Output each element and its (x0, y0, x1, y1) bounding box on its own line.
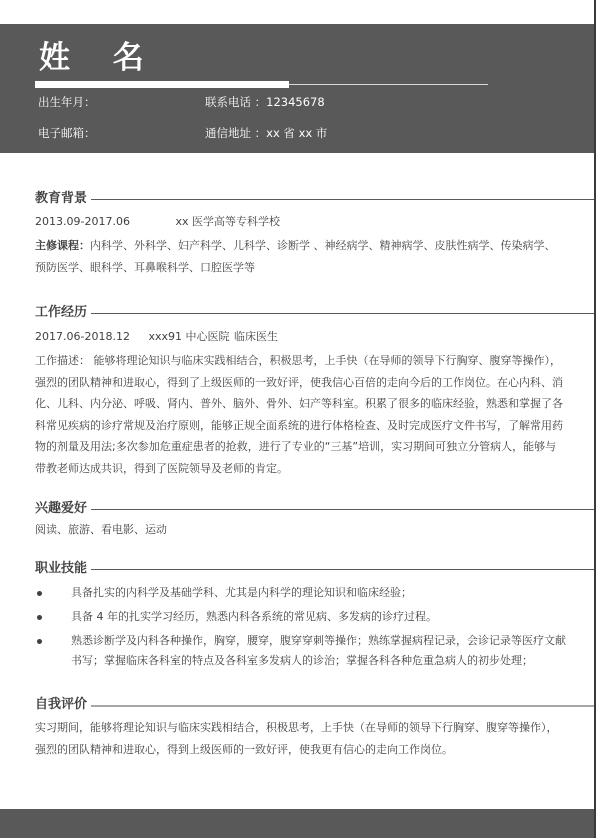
work-period: 2017.06-2018.12 (35, 328, 145, 346)
bullet-icon (37, 639, 42, 644)
address-label: 通信地址 (205, 125, 251, 141)
footer-band (0, 809, 594, 838)
section-title: 自我评价 (35, 696, 91, 713)
skills-list: 具备扎实的内科学及基础学科、尤其是内科学的理论知识和临床经验； 具备 4 年的扎… (35, 583, 594, 671)
section-header: 工作经历 (35, 304, 594, 322)
work-position: 临床医生 (234, 328, 278, 346)
birth-label: 出生年月： (38, 94, 96, 110)
skill-text: 熟悉诊断学及内科各种操作，胸穿，腰穿，腹穿穿刺等操作；熟练掌握病程记录，会诊记录… (71, 634, 566, 667)
address-info: 通信地址 ：xx 省 xx 市 (205, 125, 327, 141)
name-title: 姓 名 (39, 38, 160, 78)
phone-label: 联系电话 (205, 94, 251, 110)
education-school: xx 医学高等专科学校 (176, 213, 281, 231)
header-band: 姓 名 出生年月： 联系电话 ：12345678 电子邮箱： 通信地址 ：xx … (0, 24, 594, 153)
phone-info: 联系电话 ：12345678 (205, 94, 325, 110)
section-title: 职业技能 (35, 560, 91, 577)
skill-item: 熟悉诊断学及内科各种操作，胸穿，腰穿，腹穿穿刺等操作；熟练掌握病程记录，会诊记录… (35, 631, 594, 671)
section-divider (35, 569, 594, 570)
skill-text: 具备扎实的内科学及基础学科、尤其是内科学的理论知识和临床经验； (71, 586, 412, 599)
self-evaluation-section: 自我评价 实习期间，能够将理论知识与临床实践相结合，积极思考，上手快（在导师的领… (35, 696, 594, 760)
address-value: ：xx 省 xx 市 (255, 126, 328, 140)
section-divider (35, 199, 594, 200)
section-divider (35, 313, 594, 314)
self-evaluation-text: 实习期间，能够将理论知识与临床实践相结合，积极思考，上手快（在导师的领导下行胸穿… (35, 717, 594, 760)
name-underline-thin (289, 84, 488, 85)
bullet-icon (37, 615, 42, 620)
courses-text: 内科学、外科学、妇产科学、儿科学、诊断学 、神经病学、精神病学、皮肤性病学、传染… (35, 239, 556, 274)
skills-section: 职业技能 具备扎实的内科学及基础学科、尤其是内科学的理论知识和临床经验； 具备 … (35, 560, 594, 675)
name-underline-thick (35, 81, 289, 88)
courses-label: 主修课程： (35, 239, 90, 252)
education-section: 教育背景 2013.09-2017.06 xx 医学高等专科学校 主修课程：内科… (35, 190, 594, 278)
section-header: 兴趣爱好 (35, 500, 594, 518)
work-row: 2017.06-2018.12 xxx91 中心医院 临床医生 (35, 328, 594, 346)
education-period: 2013.09-2017.06 (35, 213, 172, 231)
section-title: 兴趣爱好 (35, 500, 91, 517)
skill-item: 具备 4 年的扎实学习经历，熟悉内科各系统的常见病、多发病的诊疗过程。 (35, 607, 594, 627)
section-divider (35, 509, 594, 510)
work-hospital: xxx91 中心医院 (149, 328, 231, 346)
section-title: 教育背景 (35, 190, 91, 207)
section-title: 工作经历 (35, 304, 91, 321)
section-header: 自我评价 (35, 696, 594, 714)
education-row: 2013.09-2017.06 xx 医学高等专科学校 (35, 213, 594, 231)
birth-info: 出生年月： (38, 94, 96, 110)
skill-item: 具备扎实的内科学及基础学科、尤其是内科学的理论知识和临床经验； (35, 583, 594, 603)
section-header: 教育背景 (35, 190, 594, 208)
email-info: 电子邮箱： (38, 125, 96, 141)
education-courses: 主修课程：内科学、外科学、妇产科学、儿科学、诊断学 、神经病学、精神病学、皮肤性… (35, 235, 594, 278)
skill-text: 具备 4 年的扎实学习经历，熟悉内科各系统的常见病、多发病的诊疗过程。 (71, 610, 437, 623)
section-header: 职业技能 (35, 560, 594, 578)
bullet-icon (37, 591, 42, 596)
hobbies-text: 阅读、旅游、看电影、运动 (35, 521, 594, 539)
section-divider (35, 705, 594, 707)
phone-value: ：12345678 (255, 95, 325, 109)
work-description: 工作描述： 能够将理论知识与临床实践相结合，积极思考，上手快（在导师的领导下行胸… (35, 350, 594, 479)
email-label: 电子邮箱： (38, 125, 96, 141)
hobbies-section: 兴趣爱好 阅读、旅游、看电影、运动 (35, 500, 594, 539)
work-section: 工作经历 2017.06-2018.12 xxx91 中心医院 临床医生 工作描… (35, 304, 594, 479)
